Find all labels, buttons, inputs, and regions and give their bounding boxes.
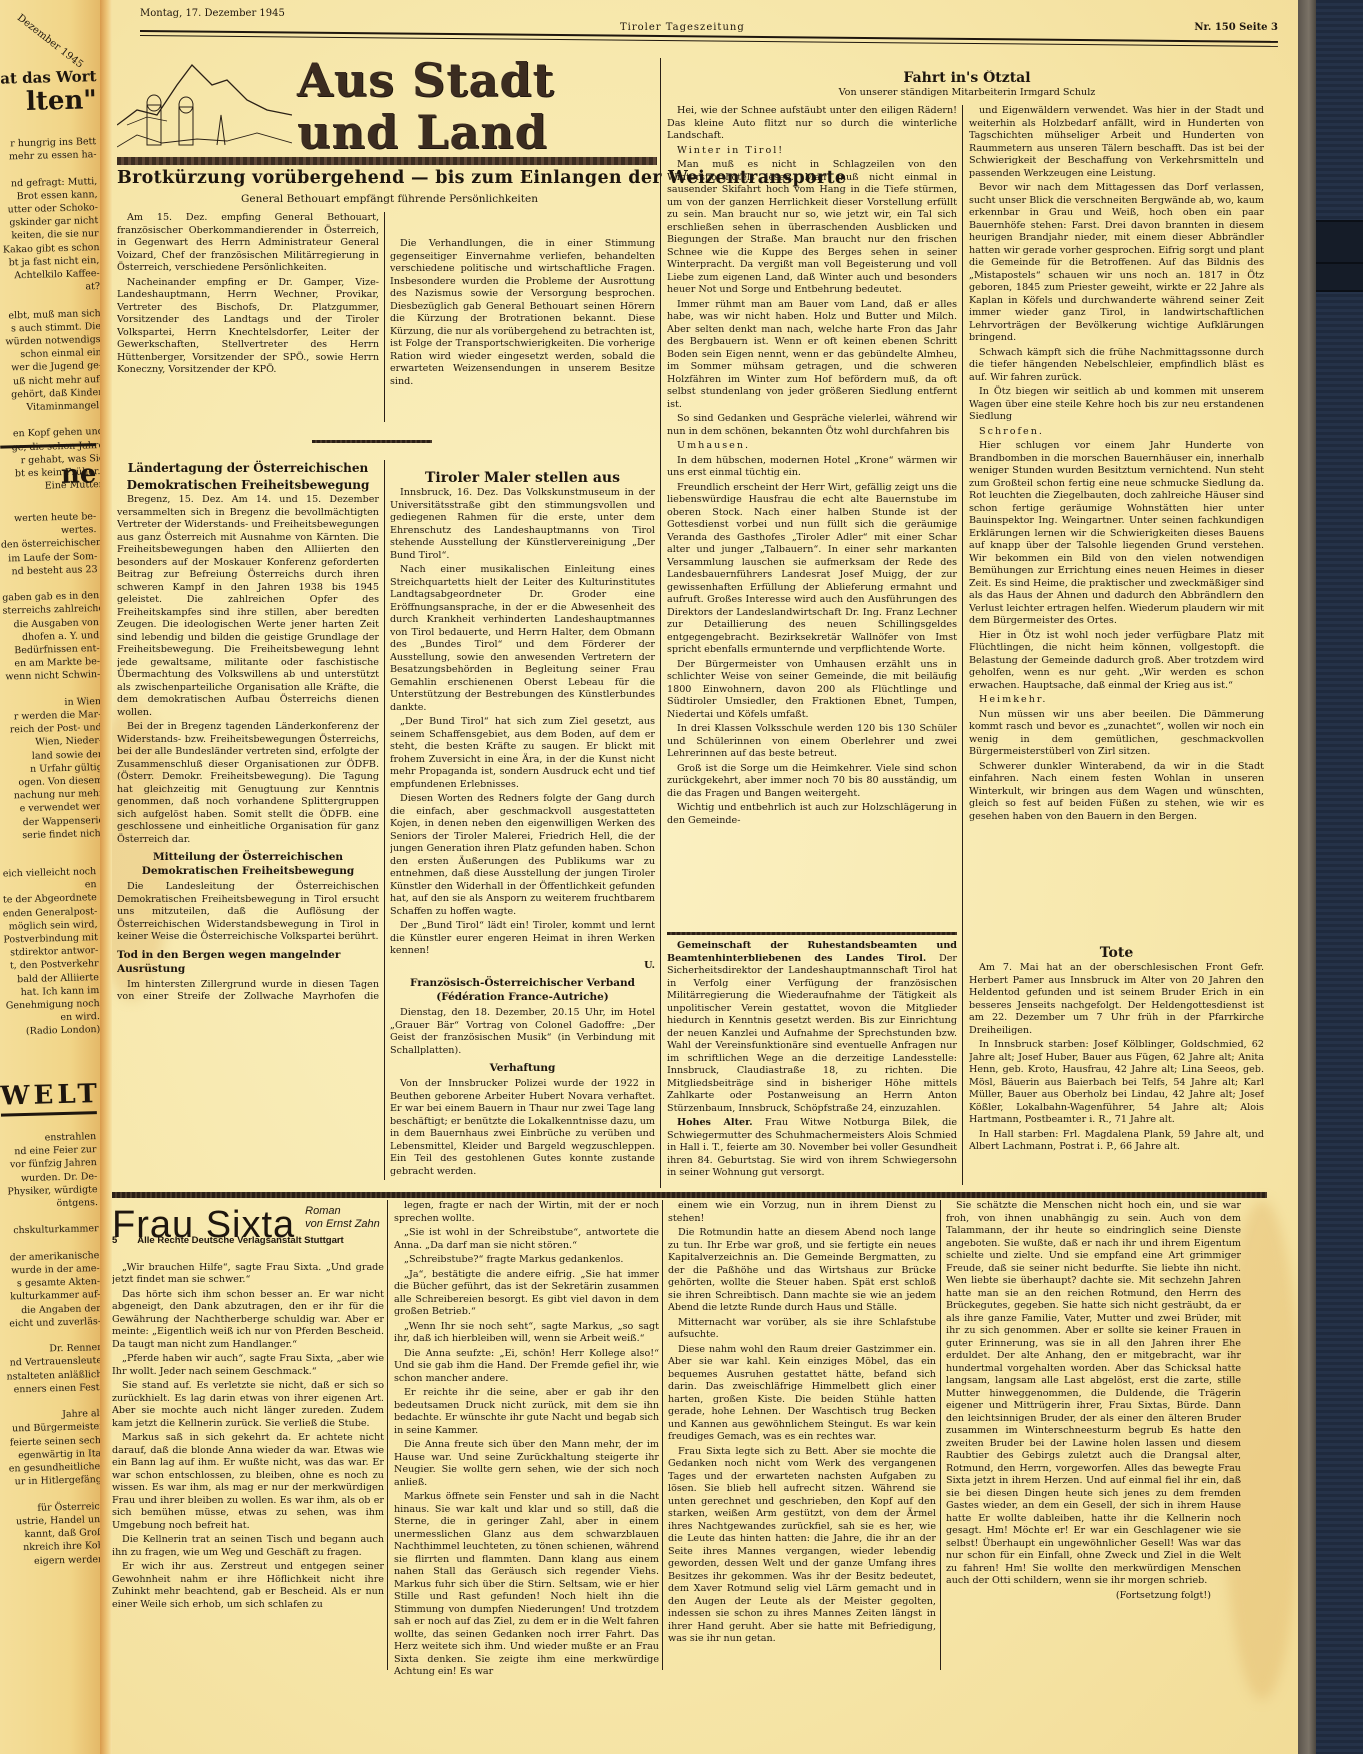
left-page-fragment: Dezember 1945 at das Wort lten" r hungri… <box>0 0 100 1754</box>
article-tod-headline: Tod in den Bergen wegen mangelnder Ausrü… <box>117 948 379 976</box>
paper-name: Tiroler Tageszeitung <box>620 22 745 33</box>
left-page-text-2: werten heute be-wertes.den österreichisc… <box>0 510 100 843</box>
article-tote: Tote Am 7. Mai hat an der oberschlesisch… <box>969 945 1264 1185</box>
left-page-head-3: ne <box>0 460 100 491</box>
left-page-line: wenn nicht Schwin- <box>4 668 100 684</box>
lead-article-col-2: Die Verhandlungen, die in einer Stimmung… <box>390 238 655 428</box>
page-header: Montag, 17. Dezember 1945 Tiroler Tagesz… <box>140 8 1278 38</box>
lead-subheadline: General Bethouart empfängt führende Pers… <box>117 193 662 205</box>
article-verhaftung-headline: Verhaftung <box>390 1061 655 1075</box>
left-page-line: öntgens. <box>2 1196 98 1212</box>
left-page-text-4: enstrahlennd eine Feier zurvor fünfzig J… <box>0 1130 100 1568</box>
left-page-line: enners einen Fest- <box>7 1381 100 1397</box>
left-page-line: serie findet nicht <box>8 827 100 843</box>
article-headline: Tote <box>969 945 1264 962</box>
article-ruhestandsbeamte: Gemeinschaft der Ruhestandsbeamten und B… <box>667 940 957 1185</box>
article-oetztal-col-2: und Eigenwäldern verwendet. Was hier in … <box>969 105 1264 935</box>
article-laendertagung: Ländertagung der Österreichischen Demokr… <box>117 460 379 1000</box>
issue-date: Montag, 17. Dezember 1945 <box>140 8 285 19</box>
left-page-line: eicht und zuverläs- <box>5 1315 100 1331</box>
article-subheadline: Mitteilung der Österreichischen Demokrat… <box>117 850 379 878</box>
page-gutter <box>100 0 112 1754</box>
left-page-line: (Radio London) <box>4 1023 100 1039</box>
issue-page-number: Nr. 150 Seite 3 <box>1194 22 1278 33</box>
article-signature: U. <box>390 960 655 973</box>
left-page-head: at das Wort lten" <box>0 66 100 117</box>
book-binding <box>1298 0 1363 1754</box>
section-masthead: Aus Stadt und Land <box>117 47 660 165</box>
article-oetztal-headline: Fahrt in's Ötztal <box>667 70 1267 87</box>
newspaper-page: Montag, 17. Dezember 1945 Tiroler Tagesz… <box>112 0 1298 1754</box>
left-page-text-3: eich vielleicht nochente der Abgeordnete… <box>0 865 100 1039</box>
masthead-title-line-1: Aus Stadt <box>297 53 555 107</box>
novel-title: Frau Sixta <box>112 1219 295 1232</box>
article-byline: Von unserer ständigen Mitarbeiterin Irmg… <box>667 87 1267 100</box>
article-verband-headline: Französisch-Österreichischer Verband (Fé… <box>390 976 655 1004</box>
mountain-town-illustration-icon <box>117 55 292 155</box>
continued-note: (Fortsetzung folgt!) <box>946 1590 1241 1603</box>
novel-installment: 5 <box>112 1235 117 1248</box>
left-page-line: chskulturkammer <box>2 1222 98 1238</box>
left-page-headline-2: lten" <box>1 86 98 117</box>
novel-col-2: legen, fragte er nach der Wirtin, mit de… <box>394 1200 659 1680</box>
left-page-date: Dezember 1945 <box>2 2 89 74</box>
left-page-line: eigern werden. <box>11 1552 100 1568</box>
novel-rights: Alle Rechte Deutsche Verlagsanstalt Stut… <box>137 1235 343 1248</box>
novel-col-1: Frau Sixta Romanvon Ernst Zahn 5 Alle Re… <box>112 1205 384 1745</box>
left-page-line: nd besteht aus 23 <box>1 563 97 579</box>
binding-strap <box>1316 262 1363 292</box>
article-tiroler-maler: Tiroler Maler stellen aus Innsbruck, 16.… <box>390 470 655 1180</box>
article-oetztal-col-1: Hei, wie der Schnee aufstäubt unter den … <box>667 105 957 935</box>
lead-article-col-1: Am 15. Dez. empfing General Bethouart, f… <box>117 212 379 422</box>
section-rule <box>112 1192 1267 1198</box>
masthead-title-line-2: und Land <box>297 105 548 159</box>
article-headline: Ländertagung der Österreichischen Demokr… <box>117 460 379 494</box>
masthead-rule <box>117 157 657 165</box>
binding-tape <box>1298 0 1316 1754</box>
novel-col-4: Sie schätzte die Menschen nicht hoch ein… <box>946 1200 1241 1680</box>
article-headline: Tiroler Maler stellen aus <box>390 470 655 487</box>
left-page-line: eich vielleicht noch <box>0 865 96 881</box>
left-page-line: Vitaminmangel! <box>7 399 100 415</box>
novel-col-3: einem wie ein Vorzug, nun in ihrem Diens… <box>668 1200 936 1680</box>
lead-headline: Brotkürzung vorübergehend — bis zum Einl… <box>117 168 662 188</box>
left-page-head-4: WELT <box>0 1080 100 1120</box>
